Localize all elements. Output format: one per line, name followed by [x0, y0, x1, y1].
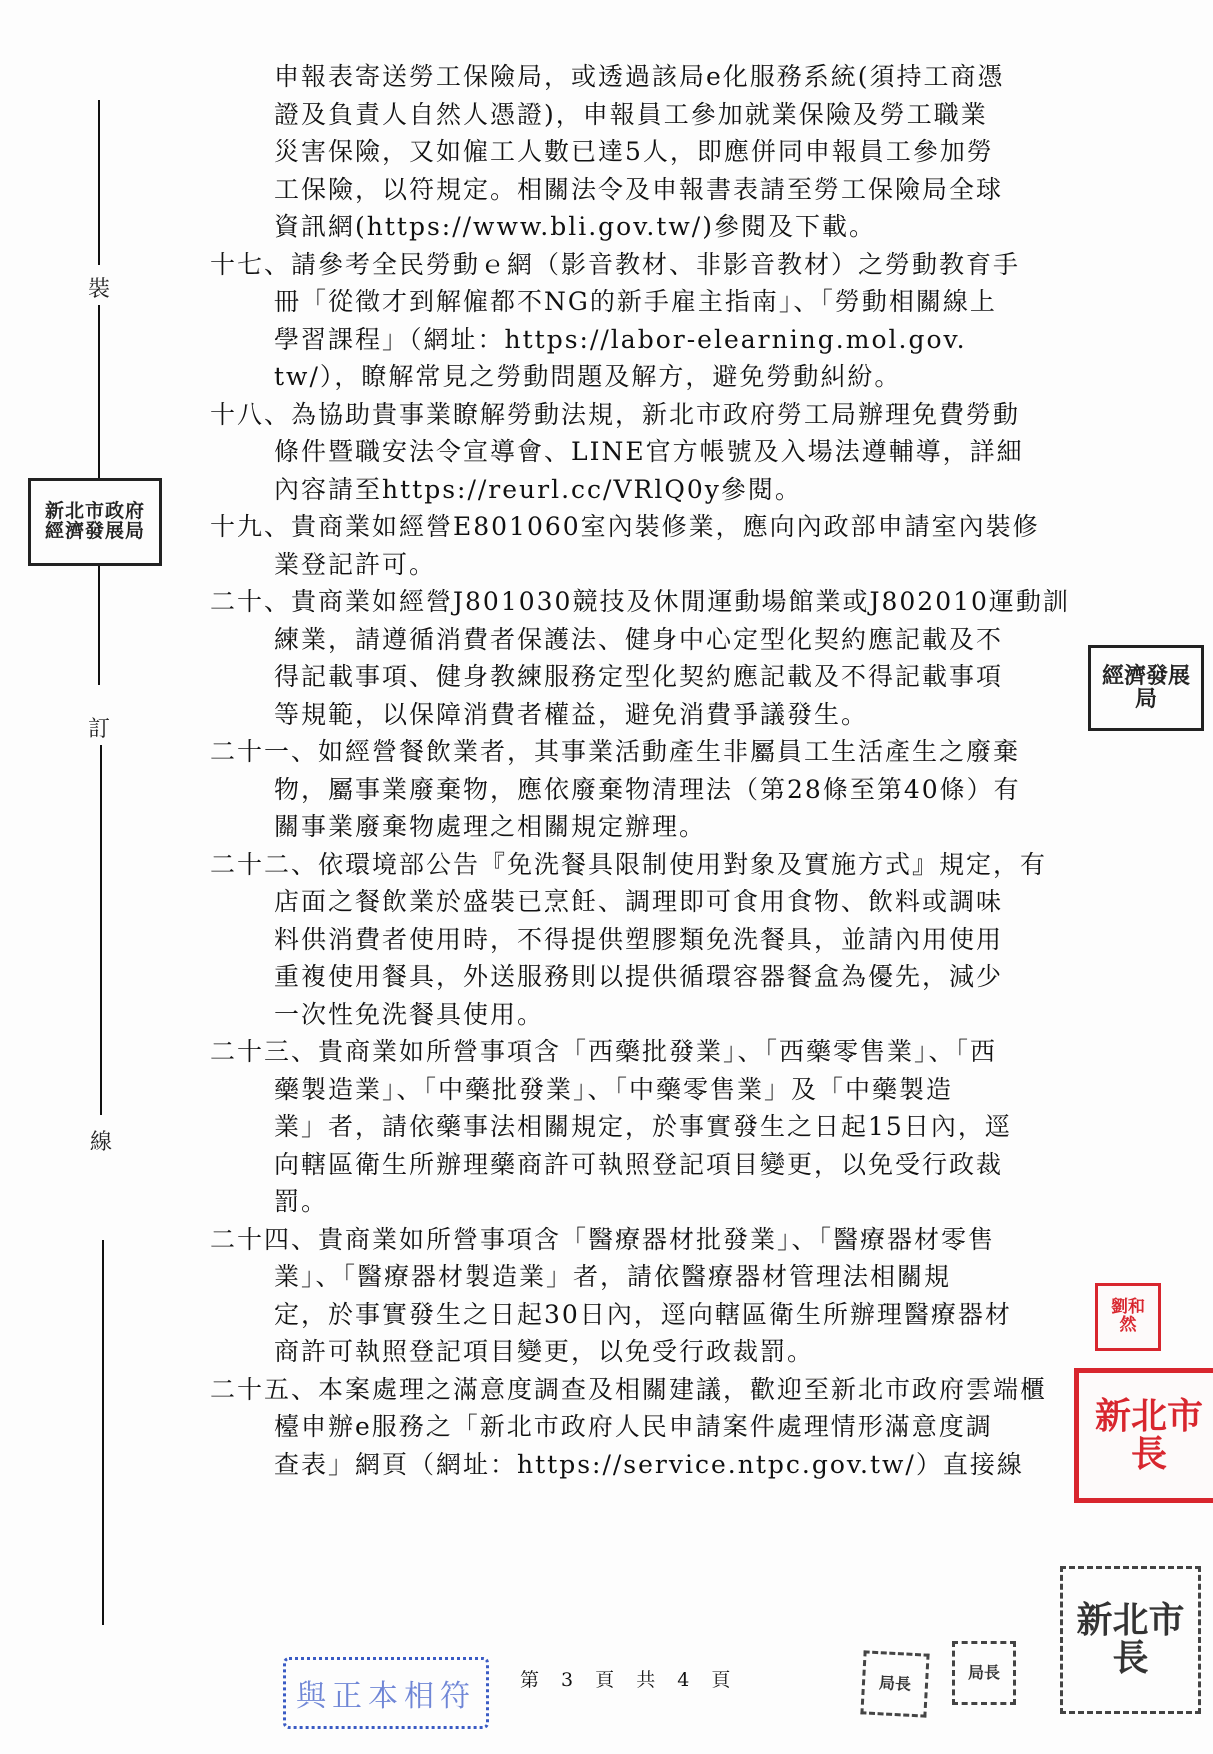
seal-gray-large: 新北市長 — [1060, 1566, 1201, 1714]
body-line: 藥製造業」、「中藥批發業」、「中藥零售業」及「中藥製造 — [210, 1071, 1110, 1109]
body-line: 內容請至https://reurl.cc/VRlQ0y參閱。 — [210, 471, 1110, 509]
body-line: 商許可執照登記項目變更，以免受行政裁罰。 — [210, 1333, 1110, 1371]
binding-line-segment-4 — [102, 1240, 104, 1625]
body-lines: 申報表寄送勞工保險局，或透過該局e化服務系統(須持工商憑證及負責人自然人憑證)，… — [210, 58, 1110, 1483]
item-heading-line: 十七、請參考全民勞動ｅ網（影音教材、非影音教材）之勞動教育手 — [210, 246, 1110, 284]
seal-right-text: 經濟發展局 — [1098, 665, 1194, 711]
copy-certification-stamp: 與正本相符 — [283, 1657, 489, 1729]
binding-char-ding: 訂 — [84, 712, 114, 743]
binding-char-xian: 線 — [86, 1125, 116, 1156]
body-line: 業」、「醫療器材製造業」者，請依醫療器材管理法相關規 — [210, 1258, 1110, 1296]
seal-gray-large-text: 新北市長 — [1076, 1602, 1186, 1678]
body-line: 定，於事實發生之日起30日內，逕向轄區衛生所辦理醫療器材 — [210, 1296, 1110, 1334]
seal-gray-small-1-text: 局長 — [879, 1675, 912, 1693]
seal-left-text: 新北市政府經濟發展局 — [40, 502, 150, 542]
body-line: 工保險，以符規定。相關法令及申報書表請至勞工保險局全球 — [210, 171, 1110, 209]
body-line: 條件暨職安法令宣導會、LINE官方帳號及入場法遵輔導，詳細 — [210, 433, 1110, 471]
body-line: 店面之餐飲業於盛裝已烹飪、調理即可食用食物、飲料或調味 — [210, 883, 1110, 921]
body-line: 業」者，請依藥事法相關規定，於事實發生之日起15日內，逕 — [210, 1108, 1110, 1146]
body-line: 罰。 — [210, 1183, 1110, 1221]
item-heading-line: 二十三、貴商業如所營事項含「西藥批發業」、「西藥零售業」、「西 — [210, 1033, 1110, 1071]
body-line: 資訊網(https://www.bli.gov.tw/)參閱及下載。 — [210, 208, 1110, 246]
body-line: 證及負責人自然人憑證)，申報員工參加就業保險及勞工職業 — [210, 96, 1110, 134]
body-line: 重複使用餐具，外送服務則以提供循環容器餐盒為優先，減少 — [210, 958, 1110, 996]
body-line: 災害保險，又如僱工人數已達5人，即應併同申報員工參加勞 — [210, 133, 1110, 171]
item-heading-line: 二十四、貴商業如所營事項含「醫療器材批發業」、「醫療器材零售 — [210, 1221, 1110, 1259]
seal-left-bureau: 新北市政府經濟發展局 — [28, 478, 162, 566]
body-line: 向轄區衛生所辦理藥商許可執照登記項目變更，以免受行政裁 — [210, 1146, 1110, 1184]
binding-line-segment-3 — [100, 745, 102, 1115]
body-line: 得記載事項、健身教練服務定型化契約應記載及不得記載事項 — [210, 658, 1110, 696]
body-line: 冊「從徵才到解僱都不NG的新手雇主指南」、「勞動相關線上 — [210, 283, 1110, 321]
seal-right-bureau: 經濟發展局 — [1088, 645, 1204, 731]
binding-line-segment-1 — [98, 100, 100, 265]
body-line: 一次性免洗餐具使用。 — [210, 996, 1110, 1034]
seal-red-large-text: 新北市長 — [1094, 1398, 1204, 1474]
seal-red-small: 劉和然 — [1095, 1283, 1161, 1351]
item-heading-line: 二十、貴商業如經營J801030競技及休閒運動場館業或J802010運動訓 — [210, 583, 1110, 621]
item-heading-line: 十八、為協助貴事業瞭解勞動法規，新北市政府勞工局辦理免費勞動 — [210, 396, 1110, 434]
item-heading-line: 二十一、如經營餐飲業者，其事業活動產生非屬員工生活產生之廢棄 — [210, 733, 1110, 771]
body-line: 練業，請遵循消費者保護法、健身中心定型化契約應記載及不 — [210, 621, 1110, 659]
seal-red-large: 新北市長 — [1074, 1368, 1213, 1503]
body-line: 等規範，以保障消費者權益，避免消費爭議發生。 — [210, 696, 1110, 734]
body-line: 學習課程」（網址：https://labor-elearning.mol.gov… — [210, 321, 1110, 359]
seal-gray-small-1: 局長 — [860, 1650, 929, 1717]
binding-char-zhuang: 裝 — [84, 272, 114, 303]
copy-certification-text: 與正本相符 — [296, 1671, 476, 1715]
body-line: 關事業廢棄物處理之相關規定辦理。 — [210, 808, 1110, 846]
body-line: 查表」網頁（網址：https://service.ntpc.gov.tw/）直接… — [210, 1446, 1110, 1484]
body-line: 料供消費者使用時，不得提供塑膠類免洗餐具，並請內用使用 — [210, 921, 1110, 959]
seal-red-small-text: 劉和然 — [1103, 1299, 1153, 1335]
page-indicator: 第 3 頁 共 4 頁 — [520, 1665, 732, 1692]
seal-gray-small-2-text: 局長 — [968, 1665, 1000, 1682]
item-heading-line: 十九、貴商業如經營E801060室內裝修業，應向內政部申請室內裝修 — [210, 508, 1110, 546]
item-heading-line: 二十二、依環境部公告『免洗餐具限制使用對象及實施方式』規定，有 — [210, 846, 1110, 884]
body-line: 業登記許可。 — [210, 546, 1110, 584]
seal-gray-small-2: 局長 — [952, 1641, 1016, 1705]
body-line: 申報表寄送勞工保險局，或透過該局e化服務系統(須持工商憑 — [210, 58, 1110, 96]
body-line: tw/），瞭解常見之勞動問題及解方，避免勞動糾紛。 — [210, 358, 1110, 396]
body-line: 物，屬事業廢棄物，應依廢棄物清理法（第28條至第40條）有 — [210, 771, 1110, 809]
document-body: 申報表寄送勞工保險局，或透過該局e化服務系統(須持工商憑證及負責人自然人憑證)，… — [210, 58, 1110, 1483]
item-heading-line: 二十五、本案處理之滿意度調查及相關建議，歡迎至新北市政府雲端櫃 — [210, 1371, 1110, 1409]
body-line: 檯申辦e服務之「新北市政府人民申請案件處理情形滿意度調 — [210, 1408, 1110, 1446]
